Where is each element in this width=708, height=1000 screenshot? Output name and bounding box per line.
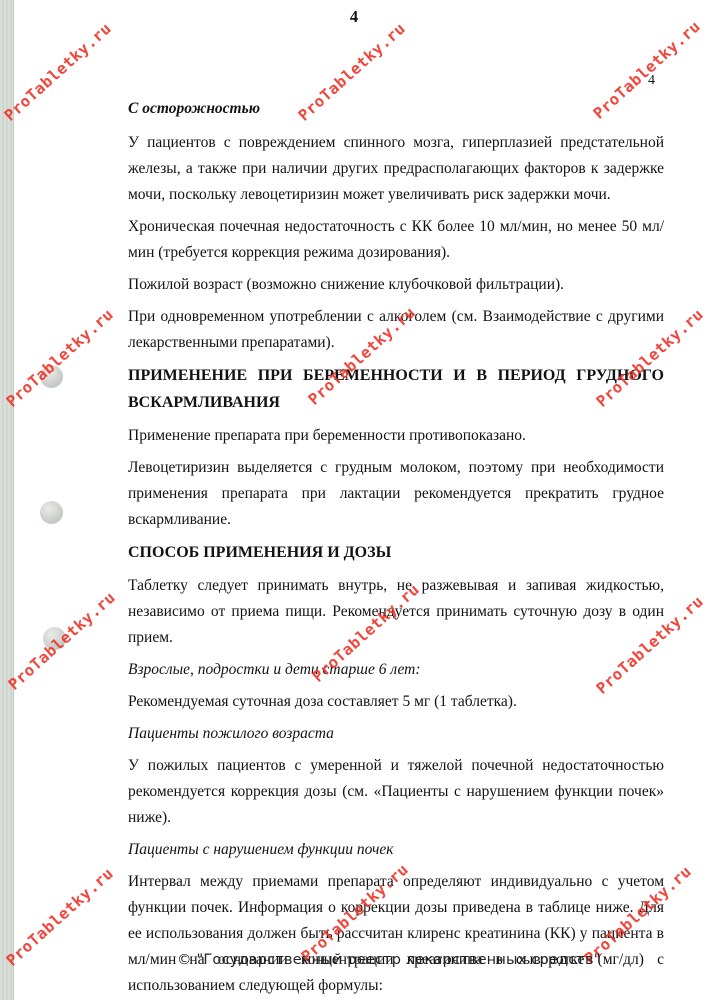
paragraph: Рекомендуемая суточная доза составляет 5… [128, 689, 664, 715]
scan-artifact-dot [40, 501, 63, 524]
scan-artifact-dot [43, 627, 66, 650]
watermark-text: ProTabletky.ru [1, 19, 115, 124]
page-number-corner: 4 [648, 73, 655, 89]
paragraph: Хроническая почечная недостаточность с К… [128, 214, 664, 266]
footer-copyright: © "Государственный реестр лекарственных … [177, 952, 601, 968]
scan-edge-strip [0, 0, 14, 1000]
watermark-text: ProTabletky.ru [3, 864, 117, 969]
paragraph: Применение препарата при беременности пр… [128, 423, 664, 449]
scanned-document-page: { "page": { "number_top": "4", "number_c… [0, 0, 708, 1000]
page-number-top: 4 [350, 7, 358, 27]
section-heading-pregnancy: ПРИМЕНЕНИЕ ПРИ БЕРЕМЕННОСТИ И В ПЕРИОД Г… [128, 362, 664, 416]
paragraph: Интервал между приемами препарата опреде… [128, 869, 664, 999]
caution-heading: С осторожностью [128, 96, 664, 122]
paragraph: У пациентов с повреждением спинного мозг… [128, 130, 664, 208]
paragraph: Пожилой возраст (возможно снижение клубо… [128, 272, 664, 298]
paragraph: При одновременном употреблении с алкогол… [128, 304, 664, 356]
subheading-elderly: Пациенты пожилого возраста [128, 721, 664, 747]
paragraph: Левоцетиризин выделяется с грудным молок… [128, 455, 664, 533]
section-heading-dosage: СПОСОБ ПРИМЕНЕНИЯ И ДОЗЫ [128, 539, 664, 566]
scan-artifact-dot [40, 365, 63, 388]
paragraph: У пожилых пациентов с умеренной и тяжело… [128, 753, 664, 831]
paragraph: Таблетку следует принимать внутрь, не ра… [128, 573, 664, 651]
subheading-renal: Пациенты с нарушением функции почек [128, 837, 664, 863]
watermark-text: ProTabletky.ru [3, 305, 117, 410]
document-body: С осторожностью У пациентов с повреждени… [128, 96, 664, 1000]
subheading-adults: Взрослые, подростки и дети старше 6 лет: [128, 657, 664, 683]
